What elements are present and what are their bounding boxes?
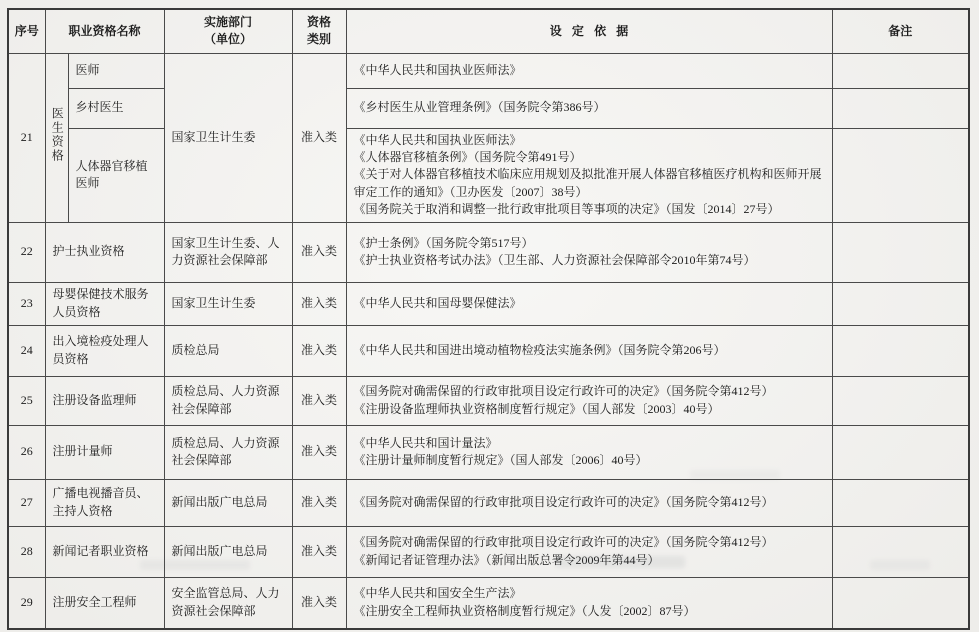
cell-note [832, 526, 969, 577]
table-row-26: 26 注册计量师 质检总局、人力资源社会保障部 准入类 《中华人民共和国计量法》… [8, 425, 969, 479]
cell-seq: 21 [8, 53, 45, 222]
cell-subname: 乡村医生 [68, 88, 164, 128]
cell-seq: 24 [8, 325, 45, 376]
table-row-21a: 21 医生资格 医师 国家卫生计生委 准入类 《中华人民共和国执业医师法》 [8, 53, 969, 88]
cell-dept: 质检总局、人力资源社会保障部 [164, 376, 292, 425]
cell-seq: 23 [8, 282, 45, 325]
table-row-23: 23 母婴保健技术服务人员资格 国家卫生计生委 准入类 《中华人民共和国母婴保健… [8, 282, 969, 325]
col-header-basis: 设定依据 [346, 9, 832, 53]
qualification-table: 序号 职业资格名称 实施部门 （单位） 资格 类别 设定依据 备注 21 医生资… [7, 8, 970, 630]
col-header-note: 备注 [832, 9, 969, 53]
cell-category: 准入类 [292, 282, 346, 325]
cell-category: 准入类 [292, 577, 346, 629]
col-header-name: 职业资格名称 [45, 9, 164, 53]
cell-basis: 《中华人民共和国进出境动植物检疫法实施条例》（国务院令第206号） [346, 325, 832, 376]
cell-category: 准入类 [292, 325, 346, 376]
cell-note [832, 577, 969, 629]
table-row-25: 25 注册设备监理师 质检总局、人力资源社会保障部 准入类 《国务院对确需保留的… [8, 376, 969, 425]
cell-basis: 《乡村医生从业管理条例》（国务院令第386号） [346, 88, 832, 128]
cell-name: 护士执业资格 [45, 222, 164, 282]
table-row-22: 22 护士执业资格 国家卫生计生委、人力资源社会保障部 准入类 《护士条例》（国… [8, 222, 969, 282]
table-row-28: 28 新闻记者职业资格 新闻出版广电总局 准入类 《国务院对确需保留的行政审批项… [8, 526, 969, 577]
cell-basis: 《中华人民共和国执业医师法》 [346, 53, 832, 88]
cell-dept: 质检总局、人力资源社会保障部 [164, 425, 292, 479]
scanned-document-page: 序号 职业资格名称 实施部门 （单位） 资格 类别 设定依据 备注 21 医生资… [0, 0, 979, 632]
cell-seq: 22 [8, 222, 45, 282]
cell-dept: 质检总局 [164, 325, 292, 376]
cell-note [832, 222, 969, 282]
cell-dept: 国家卫生计生委 [164, 53, 292, 222]
cell-note [832, 325, 969, 376]
cell-note [832, 88, 969, 128]
header-row: 序号 职业资格名称 实施部门 （单位） 资格 类别 设定依据 备注 [8, 9, 969, 53]
col-header-seq: 序号 [8, 9, 45, 53]
cell-group-name: 医生资格 [45, 53, 68, 222]
cell-basis: 《国务院对确需保留的行政审批项目设定行政许可的决定》（国务院令第412号） 《注… [346, 376, 832, 425]
cell-category: 准入类 [292, 425, 346, 479]
group-name-vertical-text: 医生资格 [48, 107, 65, 163]
col-header-category: 资格 类别 [292, 9, 346, 53]
cell-note [832, 282, 969, 325]
cell-seq: 29 [8, 577, 45, 629]
table-row-21b: 乡村医生 《乡村医生从业管理条例》（国务院令第386号） [8, 88, 969, 128]
cell-dept: 新闻出版广电总局 [164, 479, 292, 526]
cell-subname: 医师 [68, 53, 164, 88]
cell-note [832, 479, 969, 526]
cell-name: 注册计量师 [45, 425, 164, 479]
cell-seq: 26 [8, 425, 45, 479]
cell-name: 注册安全工程师 [45, 577, 164, 629]
cell-dept: 国家卫生计生委 [164, 282, 292, 325]
cell-name: 新闻记者职业资格 [45, 526, 164, 577]
table-row-24: 24 出入境检疫处理人员资格 质检总局 准入类 《中华人民共和国进出境动植物检疫… [8, 325, 969, 376]
cell-name: 广播电视播音员、主持人资格 [45, 479, 164, 526]
cell-note [832, 376, 969, 425]
cell-note [832, 425, 969, 479]
cell-category: 准入类 [292, 222, 346, 282]
cell-dept: 新闻出版广电总局 [164, 526, 292, 577]
col-header-dept: 实施部门 （单位） [164, 9, 292, 53]
cell-note [832, 128, 969, 222]
cell-note [832, 53, 969, 88]
cell-seq: 28 [8, 526, 45, 577]
cell-category: 准入类 [292, 376, 346, 425]
cell-name: 注册设备监理师 [45, 376, 164, 425]
table-row-29: 29 注册安全工程师 安全监管总局、人力资源社会保障部 准入类 《中华人民共和国… [8, 577, 969, 629]
cell-name: 出入境检疫处理人员资格 [45, 325, 164, 376]
cell-seq: 25 [8, 376, 45, 425]
cell-basis: 《中华人民共和国执业医师法》 《人体器官移植条例》（国务院令第491号） 《关于… [346, 128, 832, 222]
cell-category: 准入类 [292, 479, 346, 526]
cell-basis: 《护士条例》（国务院令第517号） 《护士执业资格考试办法》（卫生部、人力资源社… [346, 222, 832, 282]
table-row-21c: 人体器官移植医师 《中华人民共和国执业医师法》 《人体器官移植条例》（国务院令第… [8, 128, 969, 222]
cell-subname: 人体器官移植医师 [68, 128, 164, 222]
cell-category: 准入类 [292, 526, 346, 577]
cell-name: 母婴保健技术服务人员资格 [45, 282, 164, 325]
cell-category: 准入类 [292, 53, 346, 222]
cell-basis: 《中华人民共和国母婴保健法》 [346, 282, 832, 325]
cell-basis: 《国务院对确需保留的行政审批项目设定行政许可的决定》（国务院令第412号） [346, 479, 832, 526]
cell-basis: 《中华人民共和国安全生产法》 《注册安全工程师执业资格制度暂行规定》（人发〔20… [346, 577, 832, 629]
cell-basis: 《国务院对确需保留的行政审批项目设定行政许可的决定》（国务院令第412号） 《新… [346, 526, 832, 577]
cell-basis: 《中华人民共和国计量法》 《注册计量师制度暂行规定》（国人部发〔2006〕40号… [346, 425, 832, 479]
cell-seq: 27 [8, 479, 45, 526]
cell-dept: 安全监管总局、人力资源社会保障部 [164, 577, 292, 629]
cell-dept: 国家卫生计生委、人力资源社会保障部 [164, 222, 292, 282]
table-row-27: 27 广播电视播音员、主持人资格 新闻出版广电总局 准入类 《国务院对确需保留的… [8, 479, 969, 526]
